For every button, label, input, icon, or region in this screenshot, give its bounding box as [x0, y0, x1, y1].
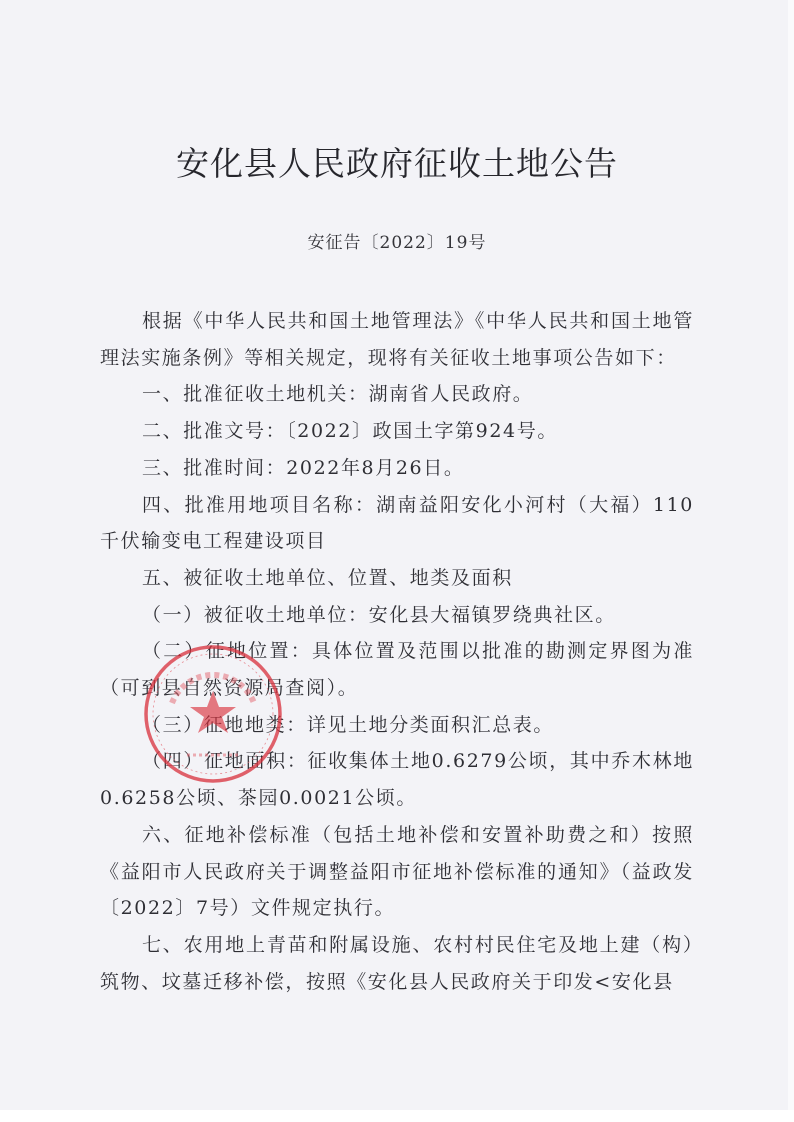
document-body: 根据《中华人民共和国土地管理法》《中华人民共和国土地管理法实施条例》等相关规定，… [100, 303, 694, 1000]
paragraph-intro: 根据《中华人民共和国土地管理法》《中华人民共和国土地管理法实施条例》等相关规定，… [100, 303, 694, 376]
paragraph-section-five: 五、被征收土地单位、位置、地类及面积 [100, 560, 694, 597]
paragraph-land-type: （三）征地地类：详见土地分类面积汇总表。 [100, 707, 694, 744]
paragraph-approval-number: 二、批准文号：〔2022〕政国土字第924号。 [100, 413, 694, 450]
paragraph-land-location: （二）征地位置：具体位置及范围以批准的勘测定界图为准（可到县自然资源局查阅）。 [100, 633, 694, 706]
document-title: 安化县人民政府征收土地公告 [0, 138, 794, 185]
paragraph-land-unit: （一）被征收土地单位：安化县大福镇罗绕典社区。 [100, 597, 694, 634]
paragraph-land-area: （四）征地面积：征收集体土地0.6279公顷，其中乔木林地0.6258公顷、茶园… [100, 743, 694, 816]
document-number: 安征告〔2022〕19号 [0, 228, 794, 253]
paragraph-project-name: 四、批准用地项目名称：湖南益阳安化小河村（大福）110千伏输变电工程建设项目 [100, 487, 694, 560]
paragraph-approval-date: 三、批准时间：2022年8月26日。 [100, 450, 694, 487]
paragraph-approval-authority: 一、批准征收土地机关：湖南省人民政府。 [100, 376, 694, 413]
paragraph-crop-compensation: 七、农用地上青苗和附属设施、农村村民住宅及地上建（构）筑物、坟墓迁移补偿，按照《… [100, 927, 694, 1000]
paragraph-compensation-standard: 六、征地补偿标准（包括土地补偿和安置补助费之和）按照《益阳市人民政府关于调整益阳… [100, 817, 694, 927]
